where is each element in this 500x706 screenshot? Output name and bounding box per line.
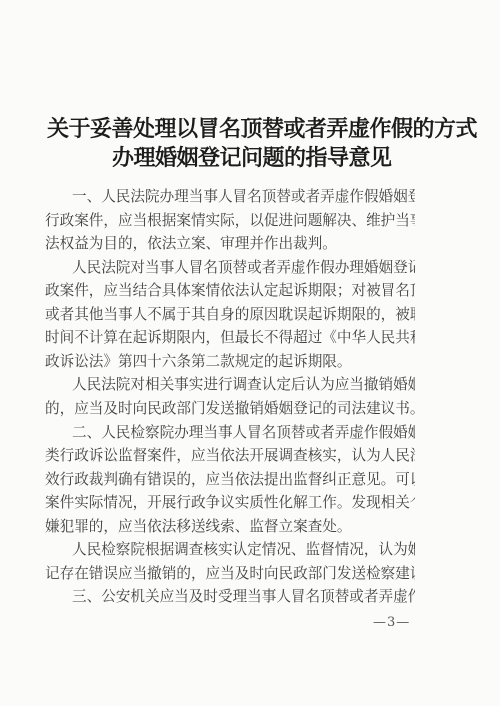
paragraph-line: 行政案件，应当根据案情实际，以促进问题解决、维护当事人合 xyxy=(45,211,415,231)
paragraph-line: 人民法院对当事人冒名顶替或者弄虚作假办理婚姻登记类行 xyxy=(72,258,415,278)
paragraph-line: 嫌犯罪的，应当依法移送线索、监督立案查处。 xyxy=(45,517,415,537)
paragraph-line: 效行政裁判确有错误的，应当依法提出监督纠正意见。可以根据 xyxy=(45,470,415,490)
document-title-line-1: 关于妥善处理以冒名顶替或者弄虚作假的方式 xyxy=(47,112,417,143)
paragraph-line: 一、人民法院办理当事人冒名顶替或者弄虚作假婚姻登记类 xyxy=(72,187,415,207)
paragraph-line: 记存在错误应当撤销的，应当及时向民政部门发送检察建议书。 xyxy=(45,564,415,584)
paragraph-line: 政诉讼法》第四十六条第二款规定的起诉期限。 xyxy=(45,352,415,372)
paragraph-line: 政案件，应当结合具体案情依法认定起诉期限；对被冒名顶替者 xyxy=(45,281,415,301)
paragraph-line: 类行政诉讼监督案件，应当依法开展调查核实，认为人民法院生 xyxy=(45,446,415,466)
paragraph-line: 的，应当及时向民政部门发送撤销婚姻登记的司法建议书。 xyxy=(45,399,415,419)
paragraph-line: 时间不计算在起诉期限内，但最长不得超过《中华人民共和国行 xyxy=(45,328,415,348)
document-title-line-2: 办理婚姻登记问题的指导意见 xyxy=(112,141,372,172)
paragraph-line: 法权益为目的，依法立案、审理并作出裁判。 xyxy=(45,234,415,254)
paragraph-line: 人民检察院根据调查核实认定情况、监督情况，认为婚姻登 xyxy=(72,540,415,560)
page-number: —3— xyxy=(373,615,410,630)
paragraph-line: 三、公安机关应当及时受理当事人冒名顶替或者弄虚作假婚 xyxy=(72,587,415,607)
paragraph-line: 二、人民检察院办理当事人冒名顶替或者弄虚作假婚姻登记 xyxy=(72,423,415,443)
paragraph-line: 人民法院对相关事实进行调查认定后认为应当撤销婚姻登记 xyxy=(72,375,415,395)
paragraph-line: 案件实际情况，开展行政争议实质性化解工作。发现相关个人涉 xyxy=(45,493,415,513)
paragraph-line: 或者其他当事人不属于其自身的原因耽误起诉期限的，被耽误的 xyxy=(45,305,415,325)
